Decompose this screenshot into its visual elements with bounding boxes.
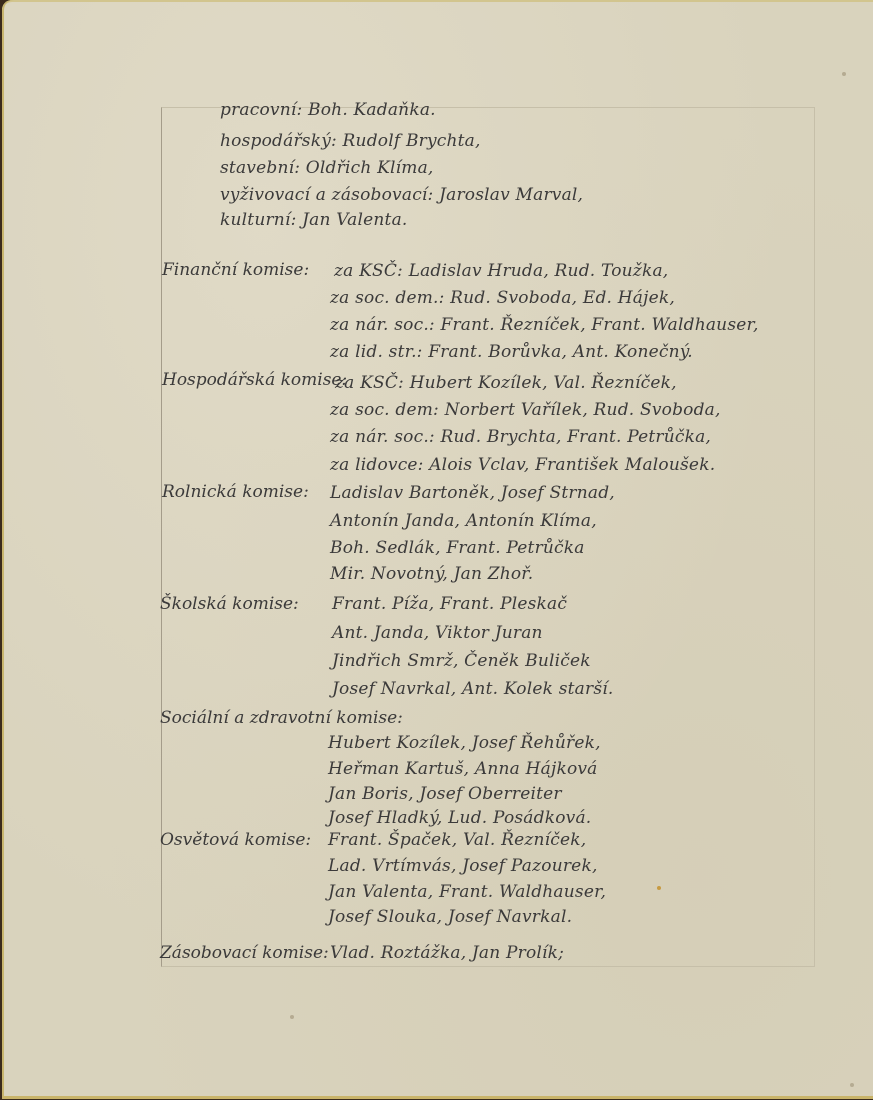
top-list-item: stavební: Oldřich Klíma, [220,158,434,178]
commission-line: Hubert Kozílek, Josef Řehůřek, [328,733,601,753]
item-label: vyživovací a zásobovací [220,185,428,205]
commission-line: Lad. Vrtímvás, Josef Pazourek, [328,856,598,876]
commission-line: za KSČ: Ladislav Hruda, Rud. Toužka, [334,261,668,281]
top-list-item: hospodářský: Rudolf Brychta, [220,131,481,151]
commission-line: za KSČ: Hubert Kozílek, Val. Řezníček, [335,373,677,393]
commission-line: Jan Boris, Josef Oberreiter [328,784,562,804]
commission-line: Vlad. Roztážka, Jan Prolík; [330,943,564,963]
commission-line: Josef Hladký, Lud. Posádková. [328,808,591,828]
commission-line: za soc. dem.: Rud. Svoboda, Ed. Hájek, [330,288,675,308]
commission-title: Školská komise: [160,594,299,614]
commission-line: Jan Valenta, Frant. Waldhauser, [328,882,606,902]
document-page: pracovní: Boh. Kadaňka. hospodářský: Rud… [2,0,873,1099]
commission-line: Ladislav Bartoněk, Josef Strnad, [330,483,615,503]
item-value: Boh. Kadaňka. [308,100,436,120]
commission-line: Heřman Kartuš, Anna Hájková [328,759,598,779]
top-list-item: pracovní: Boh. Kadaňka. [220,100,436,120]
commission-line: za lidovce: Alois Vclav, František Malou… [330,455,715,475]
commission-line: Mir. Novotný, Jan Zhoř. [330,564,533,584]
commission-title: Osvětová komise: [160,830,311,850]
item-value: Oldřich Klíma, [306,158,434,178]
commission-line: Josef Slouka, Josef Navrkal. [328,907,572,927]
commission-title: Hospodářská komise: [162,370,347,390]
commission-line: za nár. soc.: Frant. Řezníček, Frant. Wa… [330,315,759,335]
item-label: stavební [220,158,294,178]
top-list-item: kulturní: Jan Valenta. [220,210,408,230]
commission-line: Frant. Špaček, Val. Řezníček, [328,830,586,850]
commission-line: za lid. str.: Frant. Borůvka, Ant. Koneč… [330,342,693,362]
commission-line: Ant. Janda, Viktor Juran [332,623,543,643]
commission-line: Boh. Sedlák, Frant. Petrůčka [330,538,585,558]
item-label: kulturní [220,210,291,230]
item-value: Jan Valenta. [302,210,407,230]
ink-stain [657,886,661,890]
top-list-item: vyživovací a zásobovací: Jaroslav Marval… [220,185,583,205]
commission-line: Frant. Píža, Frant. Pleskač [332,594,567,614]
commission-title: Rolnická komise: [162,482,309,502]
commission-line: za nár. soc.: Rud. Brychta, Frant. Petrů… [330,427,711,447]
item-label: hospodářský [220,131,331,151]
item-value: Jaroslav Marval, [439,185,583,205]
item-value: Rudolf Brychta, [343,131,481,151]
commission-title: Finanční komise: [162,260,309,280]
item-label: pracovní [220,100,297,120]
commission-title: Zásobovací komise: [160,943,329,963]
paper-speck [842,72,846,76]
paper-speck [850,1083,854,1087]
commission-line: Jindřich Smrž, Čeněk Buliček [332,651,591,671]
commission-line: Josef Navrkal, Ant. Kolek starší. [332,679,613,699]
commission-line: za soc. dem: Norbert Vařílek, Rud. Svobo… [330,400,721,420]
commission-title: Sociální a zdravotní komise: [160,708,403,728]
paper-speck [290,1015,294,1019]
commission-line: Antonín Janda, Antonín Klíma, [330,511,597,531]
